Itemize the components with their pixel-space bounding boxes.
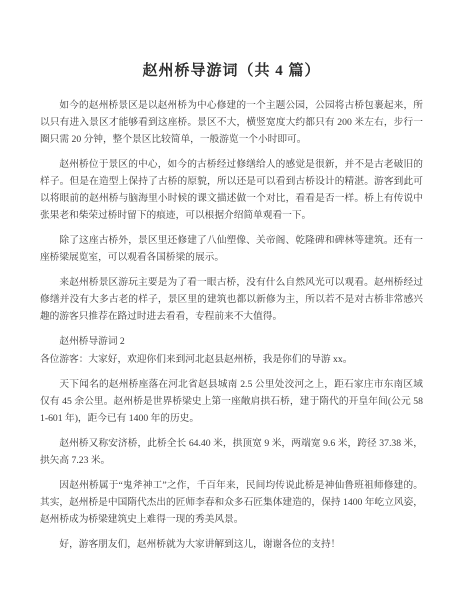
page-title: 赵州桥导游词（共 4 篇） (40, 60, 423, 82)
section-title-part2: 赵州桥导游词 2 (40, 333, 423, 350)
paragraph-other-buildings: 除了这座古桥外，景区里还修建了八仙塑像、关帝阁、乾隆碑和碑林等建筑。还有一座桥梁… (40, 232, 423, 266)
paragraph-visit-advice: 来赵州桥景区游玩主要是为了看一眼古桥，没有什么自然风光可以观看。赵州桥经过修缮并… (40, 274, 423, 325)
paragraph-closing: 好，游客朋友们，赵州桥就为大家讲解到这儿，谢谢各位的支持！ (40, 536, 423, 553)
paragraph-legend-builder: 因赵州桥属于“鬼斧神工”之作，千百年来，民间均传说此桥是神仙鲁班祖师修建的。其实… (40, 477, 423, 528)
paragraph-greeting: 各位游客：大家好，欢迎你们来到河北赵县赵州桥，我是你们的导游 xx。 (40, 351, 423, 368)
document-page: 赵州桥导游词（共 4 篇） 如今的赵州桥景区是以赵州桥为中心修建的一个主题公园，… (0, 0, 463, 600)
paragraph-bridge-center: 赵州桥位于景区的中心，如今的古桥经过修缮给人的感觉是很新，并不是古老破旧的样子。… (40, 156, 423, 224)
paragraph-intro-park: 如今的赵州桥景区是以赵州桥为中心修建的一个主题公园，公园将古桥包裹起来，所以只有… (40, 97, 423, 148)
paragraph-location-history: 天下闻名的赵州桥座落在河北省赵县城南 2.5 公里处洨河之上，距石家庄市东南区域… (40, 376, 423, 427)
paragraph-dimensions: 赵州桥又称安济桥，此桥全长 64.40 米，拱顶宽 9 米，两端宽 9.6 米，… (40, 435, 423, 469)
